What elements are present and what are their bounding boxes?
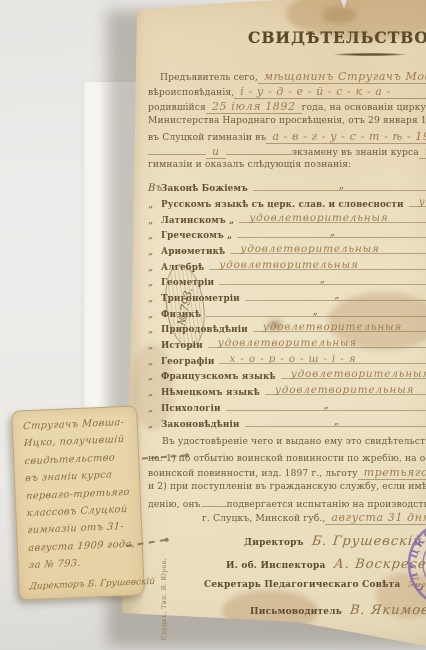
subject-row: „Географіих - о - р - о - ш - і - я — [148, 352, 426, 368]
printed-text: родившійся — [148, 102, 206, 113]
grade-rule: „ — [237, 226, 426, 238]
grade-value: „ — [330, 227, 335, 238]
grade-value: удовлетворительныя — [218, 337, 357, 349]
document-line: Министерства Народнаго просвѣщенія, отъ … — [148, 115, 426, 130]
grade-value: „ — [320, 274, 325, 285]
grade-value: х - о - р - о - ш - і - я — [229, 353, 356, 365]
subject-row: ВъЗаконѣ Божіемъ„ — [148, 179, 426, 195]
signature-label: Директоръ — [244, 538, 304, 548]
ditto-prefix: „ — [148, 356, 161, 367]
grade-rule: х - о - р - о - ш - і - я — [219, 352, 426, 364]
document-line: Предъявитель сего,мѣщанинъ Стругачъ Мовш… — [148, 70, 426, 85]
signature-row: И. об. ИнспектораА. Воскресенскій . — [148, 557, 426, 580]
handwritten-entry: перваго-тре — [419, 145, 426, 159]
printed-text: Министерства Народнаго просвѣщенія, отъ … — [148, 115, 426, 126]
signature-block: ДиректоръБ. ГрушевскійИ. об. ИнспектораА… — [148, 534, 426, 626]
subject-row: „Ариѳметикѣудовлетворительныя — [148, 242, 426, 258]
subject-row: „Русскомъ языкѣ съ церк. слав. и словесн… — [148, 195, 426, 211]
note-line: за № 793. — [28, 556, 137, 578]
printed-text: г. Слуцкъ, Минской губ., — [202, 513, 325, 524]
handwritten-entry: и — [206, 145, 226, 159]
grade-rule: „ — [245, 289, 426, 301]
ditto-prefix: „ — [148, 199, 161, 210]
printed-text: на: 1) по отбытію воинской повинности по… — [148, 453, 426, 464]
grade-value: удовлетворительныя — [240, 243, 379, 255]
grade-rule: удовлетворительныя — [208, 336, 426, 348]
note-text: Стругачъ Мовша-Ицко, получившійсвидѣтель… — [23, 417, 137, 578]
subject-name: Законѣ Божіемъ — [161, 184, 248, 194]
subject-name: Русскомъ языкѣ съ церк. слав. и словесно… — [161, 200, 404, 210]
ditto-prefix: „ — [148, 419, 161, 430]
subject-name: Французскомъ языкѣ — [161, 372, 276, 382]
ditto-prefix: „ — [148, 324, 161, 335]
subject-row: „Психологіи„ — [148, 399, 426, 415]
ditto-prefix: „ — [148, 403, 161, 414]
document-line: родившійся25 іюля 1892года, на основаніи… — [148, 100, 426, 115]
signature-label: Письмоводитель — [250, 607, 342, 617]
closing-paragraph: Въ удостовѣреніе чего и выдано ему это с… — [148, 436, 426, 525]
handwritten-entry: 25 іюля 1892 — [206, 100, 302, 114]
grade-value: „ — [334, 290, 339, 301]
document-line: воинской повинности, изд. 1897 г., льгот… — [148, 466, 426, 481]
printed-text: гимназіи и оказалъ слѣдующія познанія: — [148, 159, 351, 170]
grade-value: „ — [339, 180, 344, 191]
document-line: въ Слуцкой гимназіи въа - в - г - у - с … — [148, 130, 426, 145]
ditto-prefix: „ — [148, 230, 161, 241]
note-director-signature: Директоръ Б. Грушевскій — [29, 577, 138, 592]
ditto-prefix: „ — [148, 387, 161, 398]
handwritten-entry: третьяго — [358, 466, 426, 480]
subject-name: Нѣмецкомъ языкѣ — [161, 388, 260, 398]
grade-rule: удовлетворительныя — [230, 242, 426, 254]
subject-row: „Законовѣдѣніи„ — [148, 415, 426, 431]
certificate-document: СВИДѢТЕЛЬСТВО. Предъявитель сего,мѣщанин… — [118, 0, 426, 650]
ditto-prefix: „ — [148, 340, 161, 351]
printed-text: экзамену въ знаніи курса — [292, 147, 419, 158]
grade-value: „ — [323, 400, 328, 411]
registration-number: № 793. — [175, 286, 196, 326]
title-divider — [334, 53, 406, 56]
ditto-prefix: Въ — [148, 183, 161, 194]
printed-text: вѣроисповѣданія, — [148, 87, 234, 98]
grade-rule: удовлетворительныя — [253, 320, 426, 332]
subject-name: Законовѣдѣніи — [161, 420, 240, 430]
grade-value: удовлетвор — [419, 196, 426, 208]
grade-rule: „ — [226, 399, 426, 411]
printed-text: воинской повинности, изд. 1897 г., льгот… — [148, 468, 358, 479]
grade-rule: удовлетворительныя — [209, 258, 426, 270]
printed-text: года, на основаніи циркуляра — [302, 102, 426, 113]
subject-name: Греческомъ „ — [161, 231, 232, 241]
grade-rule: удовлетворительныя — [239, 211, 426, 223]
ditto-prefix: „ — [148, 371, 161, 382]
grade-rule: удовлетвор — [409, 195, 426, 207]
printed-text: подвергается испытанію на производство в… — [227, 499, 426, 510]
subject-name: Географіи — [161, 357, 214, 367]
printed-text: въ Слуцкой гимназіи въ — [148, 132, 266, 143]
grade-rule: удовлетворительныя — [265, 383, 426, 395]
document-line: вѣроисповѣданія,і - у - д - е - й - с - … — [148, 85, 426, 100]
ditto-prefix: „ — [148, 277, 161, 288]
grade-value: удовлетворительныя — [291, 368, 426, 380]
blank-rule — [148, 144, 206, 155]
handwritten-entry: а - в - г - у - с - т - ѣ - 19 — [266, 130, 426, 144]
grade-rule: „ — [253, 179, 426, 191]
signature-row: ДиректоръБ. Грушевскій — [148, 534, 426, 557]
grade-rule: „ — [219, 273, 426, 285]
certificate-content: СВИДѢТЕЛЬСТВО. Предъявитель сего,мѣщанин… — [118, 0, 426, 650]
document-line: Въ удостовѣреніе чего и выдано ему это с… — [148, 436, 426, 451]
photo-of-certificate: СВИДѢТЕЛЬСТВО. Предъявитель сего,мѣщанин… — [0, 0, 426, 650]
ditto-prefix: „ — [148, 262, 161, 273]
grade-value: „ — [334, 416, 339, 427]
signature-label: Секретарь Педагогическаго Совѣта — [204, 580, 400, 590]
handwritten-entry: і - у - д - е - й - с - к - а - — [234, 85, 426, 99]
printed-text: Въ удостовѣреніе чего и выдано ему это с… — [162, 436, 426, 447]
subject-row: „Французскомъ языкѣудовлетворительныя — [148, 367, 426, 383]
printed-text: и 2) при поступленіи въ гражданскую служ… — [148, 481, 426, 492]
subject-row: „Греческомъ „„ — [148, 226, 426, 242]
printed-text: денію, онъ — [148, 499, 201, 510]
ditto-prefix: „ — [148, 293, 161, 304]
printed-text: Предъявитель сего, — [160, 72, 258, 83]
official-seal: СЛУЦКОЙ Г — [388, 514, 426, 618]
grade-rule: „ — [245, 415, 426, 427]
subject-name: Латинскомъ „ — [161, 216, 234, 226]
signature-row: Секретарь Педагогическаго СовѣтаЭмльнут.… — [148, 580, 426, 603]
subject-row: „Нѣмецкомъ языкѣудовлетворительныя — [148, 383, 426, 399]
handwritten-entry: мѣщанинъ Стругачъ Мовша- — [258, 70, 426, 84]
grade-value: удовлетворительныя — [263, 321, 402, 333]
document-line: г. Слуцкъ, Минской губ.,августа 31 дня 1… — [148, 511, 426, 526]
signature-label: И. об. Инспектора — [226, 561, 326, 571]
subject-name: Ариѳметикѣ — [161, 247, 225, 257]
attached-note-card: Стругачъ Мовша-Ицко, получившійсвидѣтель… — [11, 405, 145, 600]
document-line: иэкзамену въ знаніи курсаперваго-тре — [148, 144, 426, 159]
blank-rule — [201, 496, 227, 507]
document-line: и 2) при поступленіи въ гражданскую служ… — [148, 481, 426, 496]
document-line: на: 1) по отбытію воинской повинности по… — [148, 451, 426, 466]
subject-name: Психологіи — [161, 404, 221, 414]
document-line: гимназіи и оказалъ слѣдующія познанія: — [148, 159, 426, 174]
ditto-prefix: „ — [148, 246, 161, 257]
grade-rule: удовлетворительныя — [281, 367, 426, 379]
grade-rule: „ — [206, 305, 426, 317]
grade-value: удовлетворительныя — [275, 384, 414, 396]
grade-value: удовлетворительныя — [219, 259, 358, 271]
intro-paragraph: Предъявитель сего,мѣщанинъ Стругачъ Мовш… — [148, 70, 426, 174]
ditto-prefix: „ — [148, 215, 161, 226]
grade-value: удовлетворительныя — [249, 212, 388, 224]
blank-rule — [226, 144, 292, 155]
ditto-prefix: „ — [148, 309, 161, 320]
printer-imprint: Слуцкъ, Тип. Я. Юрев. — [161, 558, 168, 640]
document-title: СВИДѢТЕЛЬСТВО. — [248, 28, 426, 47]
subject-row: „Латинскомъ „удовлетворительныя — [148, 211, 426, 227]
grade-value: „ — [313, 306, 318, 317]
document-line: денію, онъподвергается испытанію на прои… — [148, 496, 426, 511]
